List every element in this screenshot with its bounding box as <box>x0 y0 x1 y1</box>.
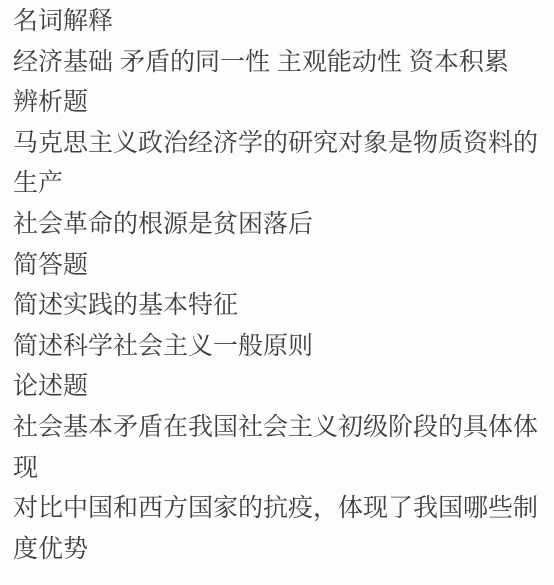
section-heading-essay-questions: 论述题 <box>13 366 540 407</box>
section-heading-analysis-questions: 辨析题 <box>13 82 540 123</box>
short-answer-question-2: 简述科学社会主义一般原则 <box>13 326 540 367</box>
document-page: 名词解释 经济基础 矛盾的同一性 主观能动性 资本积累 辨析题 马克思主义政治经… <box>0 0 554 585</box>
short-answer-question-1: 简述实践的基本特征 <box>13 285 540 326</box>
section-heading-short-answer-questions: 简答题 <box>13 245 540 286</box>
essay-question-2: 对比中国和西方国家的抗疫，体现了我国哪些制度优势 <box>13 488 540 569</box>
essay-question-1: 社会基本矛盾在我国社会主义初级阶段的具体体现 <box>13 407 540 488</box>
analysis-question-1: 马克思主义政治经济学的研究对象是物质资料的生产 <box>13 123 540 204</box>
term-definitions-list: 经济基础 矛盾的同一性 主观能动性 资本积累 <box>13 42 540 83</box>
analysis-question-2: 社会革命的根源是贫困落后 <box>13 204 540 245</box>
section-heading-term-definitions: 名词解释 <box>13 1 540 42</box>
